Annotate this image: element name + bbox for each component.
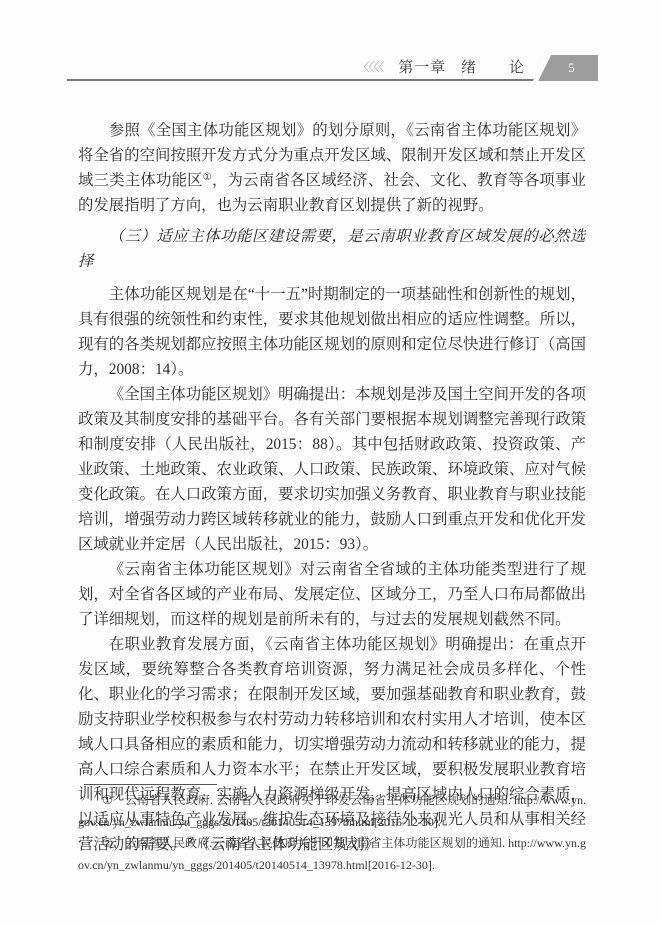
chevrons-icon: 〈〈〈〈: [357, 60, 383, 74]
footnote-text: 云南省人民政府. 云南省人民政府关于印发云南省主体功能区规划的通知. http:…: [78, 793, 586, 829]
footnote: ①云南省人民政府. 云南省人民政府关于印发云南省主体功能区规划的通知. http…: [78, 790, 586, 833]
body-paragraph: 参照《全国主体功能区规划》的划分原则，《云南省主体功能区规划》将全省的空间按照开…: [78, 118, 586, 218]
body-text: 参照《全国主体功能区规划》的划分原则，《云南省主体功能区规划》将全省的空间按照开…: [78, 118, 586, 857]
section-heading: （三）适应主体功能区建设需要，是云南职业教育区域发展的必然选择: [78, 224, 586, 274]
footnote-section: ①云南省人民政府. 云南省人民政府关于印发云南省主体功能区规划的通知. http…: [78, 790, 586, 876]
running-head: 〈〈〈〈 第一章 绪 论: [67, 56, 525, 77]
body-paragraph: 《云南省主体功能区规划》对云南省全省域的主体功能类型进行了规划，对全省各区域的产…: [78, 557, 586, 632]
footnote: ②云南省人民政府.云南省人民政府关于印发云南省主体功能区规划的通知. http:…: [78, 833, 586, 876]
text-run: 《全国主体功能区规划》明确提出：本规划是涉及国土空间开发的各项政策及其制度安排的…: [78, 386, 586, 553]
chapter-label: 第一章: [398, 60, 446, 76]
footnote-marker: ①: [102, 793, 113, 807]
footnote-ref: ①: [203, 172, 212, 183]
page-number-badge: 5: [533, 55, 598, 81]
body-paragraph: 主体功能区规划是在“十一五”时期制定的一项基础性和创新性的规划，具有很强的统领性…: [78, 282, 586, 382]
header-rule: [67, 79, 598, 81]
page-number: 5: [568, 60, 575, 76]
text-run: （三）适应主体功能区建设需要，是云南职业教育区域发展的必然选择: [78, 228, 586, 270]
body-paragraph: 《全国主体功能区规划》明确提出：本规划是涉及国土空间开发的各项政策及其制度安排的…: [78, 382, 586, 557]
footnote-text: 云南省人民政府.云南省人民政府关于印发云南省主体功能区规划的通知. http:/…: [78, 836, 586, 872]
text-run: 主体功能区规划是在“十一五”时期制定的一项基础性和创新性的规划，具有很强的统领性…: [78, 286, 586, 378]
text-run: 《云南省主体功能区规划》对云南省全省域的主体功能类型进行了规划，对全省各区域的产…: [78, 561, 586, 628]
footnote-marker: ②: [102, 836, 113, 850]
book-page: 〈〈〈〈 第一章 绪 论 5 参照《全国主体功能区规划》的划分原则，《云南省主体…: [0, 0, 661, 925]
section-title: 绪 论: [461, 60, 525, 76]
footnote-rule: [84, 784, 217, 785]
